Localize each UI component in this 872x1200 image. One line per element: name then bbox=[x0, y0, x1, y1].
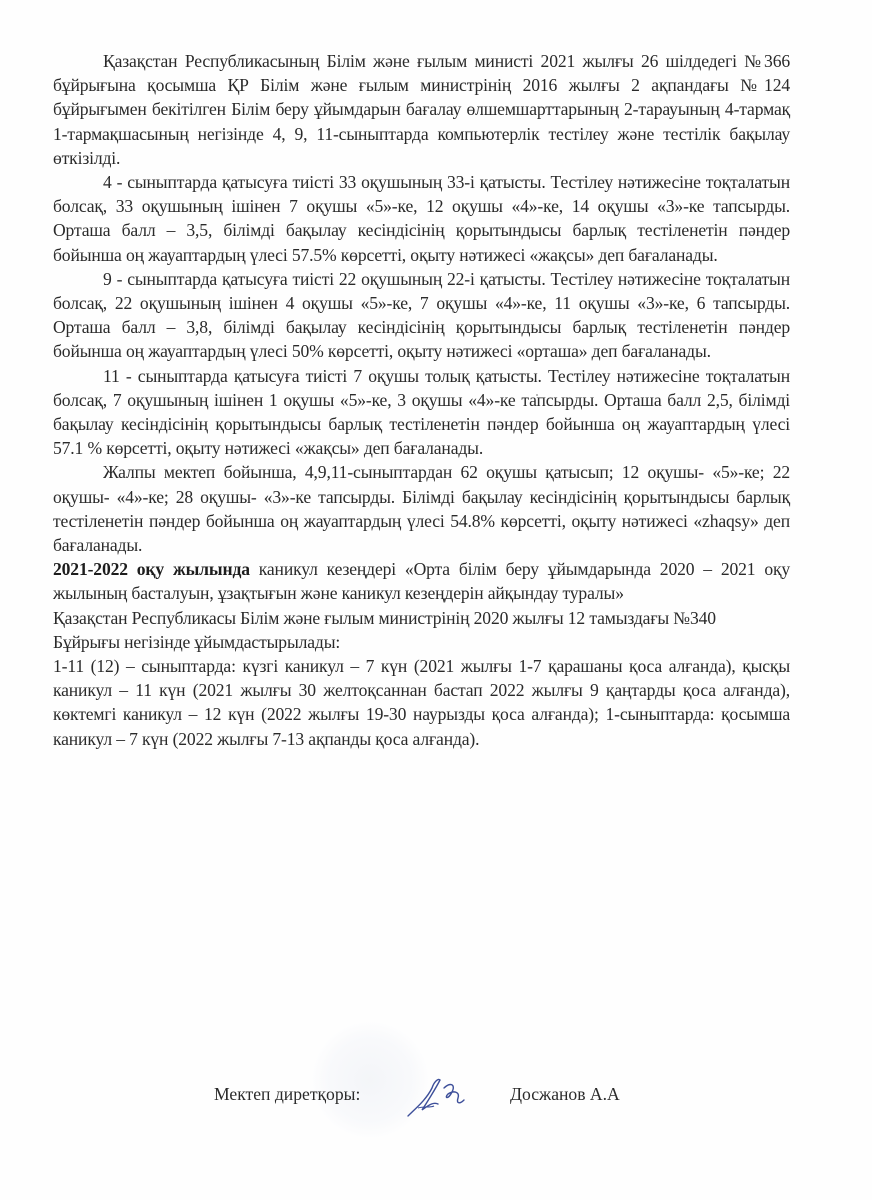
director-title: Мектеп диретқоры: bbox=[214, 1084, 360, 1105]
order-basis-line: Бұйрығы негізінде ұйымдастырылады: bbox=[53, 630, 790, 654]
holiday-intro: 2021-2022 оқу жылында каникул кезеңдері … bbox=[53, 557, 790, 605]
paragraph-grade-9: 9 - сыныптарда қатысуға тиісті 22 оқушын… bbox=[53, 267, 790, 364]
signature-block: Мектеп диретқоры: Досжанов А.А bbox=[214, 1082, 674, 1122]
ministry-order-line: Қазақстан Республикасы Білім және ғылым … bbox=[53, 606, 790, 630]
paragraph-grade-11: 11 - сыныптарда қатысуға тиісті 7 оқушы … bbox=[53, 364, 790, 461]
holiday-schedule: 1-11 (12) – сыныптарда: күзгі каникул – … bbox=[53, 654, 790, 751]
document-page: Қазақстан Республикасының Білім және ғыл… bbox=[0, 0, 872, 1200]
paragraph-intro: Қазақстан Республикасының Білім және ғыл… bbox=[53, 49, 790, 170]
paragraph-grade-4: 4 - сыныптарда қатысуға тиісті 33 оқушын… bbox=[53, 170, 790, 267]
holiday-year-bold: 2021-2022 оқу жылында bbox=[53, 559, 250, 579]
document-body: Қазақстан Республикасының Білім және ғыл… bbox=[53, 49, 790, 751]
paragraph-school-total: Жалпы мектеп бойынша, 4,9,11-сыныптардан… bbox=[53, 460, 790, 557]
director-name: Досжанов А.А bbox=[510, 1084, 620, 1105]
handwritten-signature-icon bbox=[404, 1074, 474, 1120]
